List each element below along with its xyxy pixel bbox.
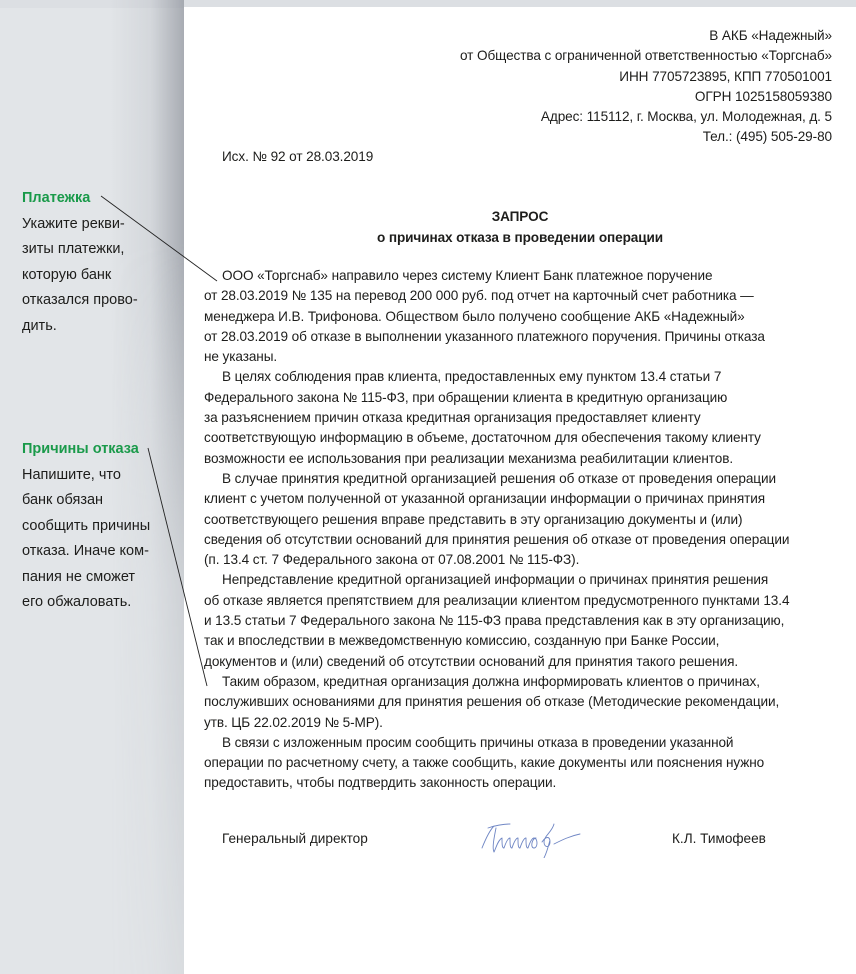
document-title-block: ЗАПРОС о причинах отказа в проведении оп… [184, 206, 856, 248]
header-line: В АКБ «Надежный» [460, 26, 832, 46]
body-paragraph: В связи с изложенным просим сообщить при… [204, 733, 844, 794]
document-body: ООО «Торгснаб» направило через систему К… [204, 266, 844, 794]
callout-line: Укажите рекви- [22, 212, 152, 238]
body-paragraph: Непредставление кредитной организацией и… [204, 570, 844, 671]
callout-line: его обжаловать. [22, 590, 152, 616]
callout-refusal-reasons: Причины отказа Напишите, что банк обязан… [22, 437, 152, 616]
callout-payment: Платежка Укажите рекви- зиты платежки, к… [22, 186, 152, 339]
body-paragraph: Таким образом, кредитная организация дол… [204, 672, 844, 733]
callout-title: Причины отказа [22, 437, 152, 463]
callout-title: Платежка [22, 186, 152, 212]
outgoing-number: Исх. № 92 от 28.03.2019 [222, 147, 373, 167]
callout-line: зиты платежки, [22, 237, 152, 263]
body-paragraph: В целях соблюдения прав клиента, предост… [204, 367, 844, 468]
addressee-block: В АКБ «Надежный» от Общества с ограничен… [460, 26, 832, 148]
document-subtitle: о причинах отказа в проведении операции [184, 227, 856, 248]
callout-line: банк обязан [22, 488, 152, 514]
callout-line: отказался прово- [22, 288, 152, 314]
callout-line: которую банк [22, 263, 152, 289]
header-line: ОГРН 1025158059380 [460, 87, 832, 107]
callout-line: сообщить причины [22, 514, 152, 540]
handwritten-signature-icon [478, 818, 598, 858]
callout-line: Напишите, что [22, 463, 152, 489]
signatory-position: Генеральный директор [222, 831, 368, 846]
header-line: от Общества с ограниченной ответственнос… [460, 46, 832, 66]
document-title: ЗАПРОС [184, 206, 856, 227]
callout-line: дить. [22, 314, 152, 340]
signatory-name: К.Л. Тимофеев [672, 831, 766, 846]
body-paragraph: В случае принятия кредитной организацией… [204, 469, 844, 570]
callout-line: отказа. Иначе ком- [22, 539, 152, 565]
header-line: Адрес: 115112, г. Москва, ул. Молодежная… [460, 107, 832, 127]
callout-line: пания не сможет [22, 565, 152, 591]
header-line: Тел.: (495) 505-29-80 [460, 127, 832, 147]
body-paragraph: ООО «Торгснаб» направило через систему К… [204, 266, 844, 367]
header-line: ИНН 7705723895, КПП 770501001 [460, 67, 832, 87]
